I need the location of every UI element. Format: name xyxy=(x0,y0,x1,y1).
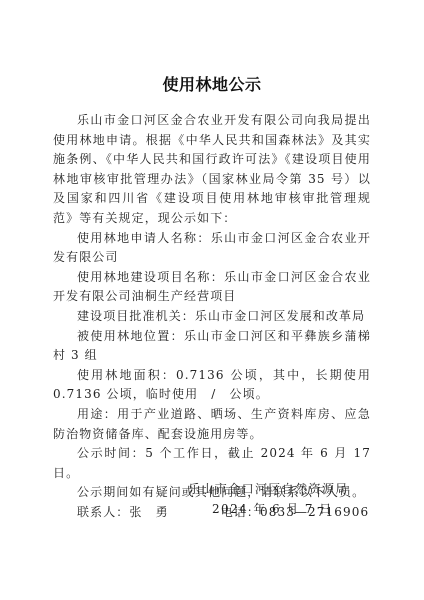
document-title: 使用林地公示 xyxy=(0,72,424,95)
contact-person: 联系人：张 勇 xyxy=(77,505,169,519)
applicant-name: 使用林地申请人名称：乐山市金口河区金合农业开发有限公司 xyxy=(53,229,371,268)
forest-land-location: 被使用林地位置：乐山市金口河区和平彝族乡蒲梯村 3 组 xyxy=(53,327,371,366)
notice-page: 使用林地公示 乐山市金口河区金合农业开发有限公司向我局提出使用林地申请。根据《中… xyxy=(0,0,424,600)
project-name: 使用林地建设项目名称：乐山市金口河区金合农业开发有限公司油桐生产经营项目 xyxy=(53,268,371,307)
issue-date: 2024 年 6 月 7 日 xyxy=(188,499,349,519)
land-use-purpose: 用途：用于产业道路、晒场、生产资料库房、应急防治物资储备库、配套设施用房等。 xyxy=(53,405,371,444)
document-body: 乐山市金口河区金合农业开发有限公司向我局提出使用林地申请。根据《中华人民共和国森… xyxy=(53,111,371,522)
intro-paragraph: 乐山市金口河区金合农业开发有限公司向我局提出使用林地申请。根据《中华人民共和国森… xyxy=(53,111,371,229)
approval-authority: 建设项目批准机关：乐山市金口河区发展和改革局 xyxy=(53,307,371,327)
signoff-block: 乐山市金口河区自然资源局 2024 年 6 月 7 日 xyxy=(188,479,349,519)
notice-period: 公示时间：5 个工作日，截止 2024 年 6 月 17 日。 xyxy=(53,444,371,483)
forest-land-area: 使用林地面积：0.7136 公顷，其中，长期使用 0.7136 公顷，临时使用 … xyxy=(53,366,371,405)
issuing-organization: 乐山市金口河区自然资源局 xyxy=(188,479,349,499)
